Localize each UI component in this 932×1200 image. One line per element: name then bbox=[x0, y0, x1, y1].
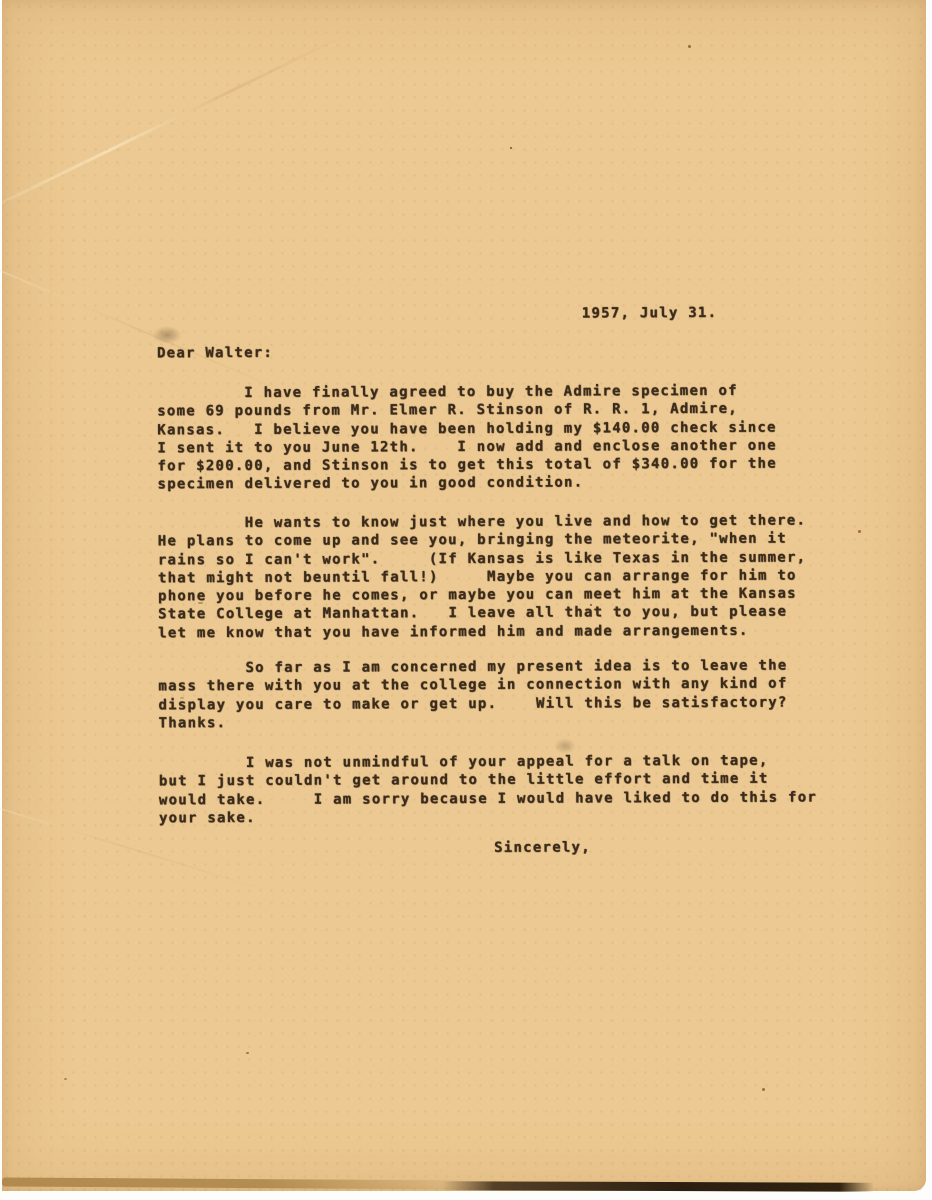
letter-paragraph-2: He wants to know just where you live and… bbox=[158, 512, 807, 643]
letter-paragraph-1: I have finally agreed to buy the Admire … bbox=[157, 382, 777, 494]
typed-line: for $200.00, and Stinson is to get this … bbox=[157, 455, 777, 476]
letter-salutation: Dear Walter: bbox=[157, 345, 273, 362]
typed-line: would take. I am sorry because I would h… bbox=[159, 788, 817, 809]
letter-paragraph-4: I was not unmindful of your appeal for a… bbox=[159, 751, 817, 827]
letter-body: 1957, July 31. Dear Walter: I have final… bbox=[0, 0, 929, 1193]
typed-line: display you care to make or get up. Will… bbox=[158, 693, 787, 714]
typed-line: but I just couldn't get around to the li… bbox=[159, 770, 817, 791]
typed-line: mass there with you at the college in co… bbox=[158, 675, 787, 696]
paper-sheet: 1957, July 31. Dear Walter: I have final… bbox=[2, 0, 926, 1191]
scanned-letter: 1957, July 31. Dear Walter: I have final… bbox=[0, 0, 932, 1200]
paper-bottom-edge-shadow bbox=[442, 1181, 874, 1192]
typed-line: your sake. bbox=[159, 806, 817, 827]
letter-closing: Sincerely, bbox=[494, 839, 591, 855]
typed-line: He plans to come up and see you, bringin… bbox=[158, 530, 807, 551]
typed-line: let me know that you have informed him a… bbox=[158, 621, 807, 642]
letter-paragraph-3: So far as I am concerned my present idea… bbox=[158, 657, 787, 733]
typed-line: Thanks. bbox=[159, 711, 788, 732]
letter-date: 1957, July 31. bbox=[582, 305, 718, 322]
typed-line: specimen delivered to you in good condit… bbox=[157, 473, 777, 494]
typed-line: some 69 pounds from Mr. Elmer R. Stinson… bbox=[157, 400, 777, 421]
